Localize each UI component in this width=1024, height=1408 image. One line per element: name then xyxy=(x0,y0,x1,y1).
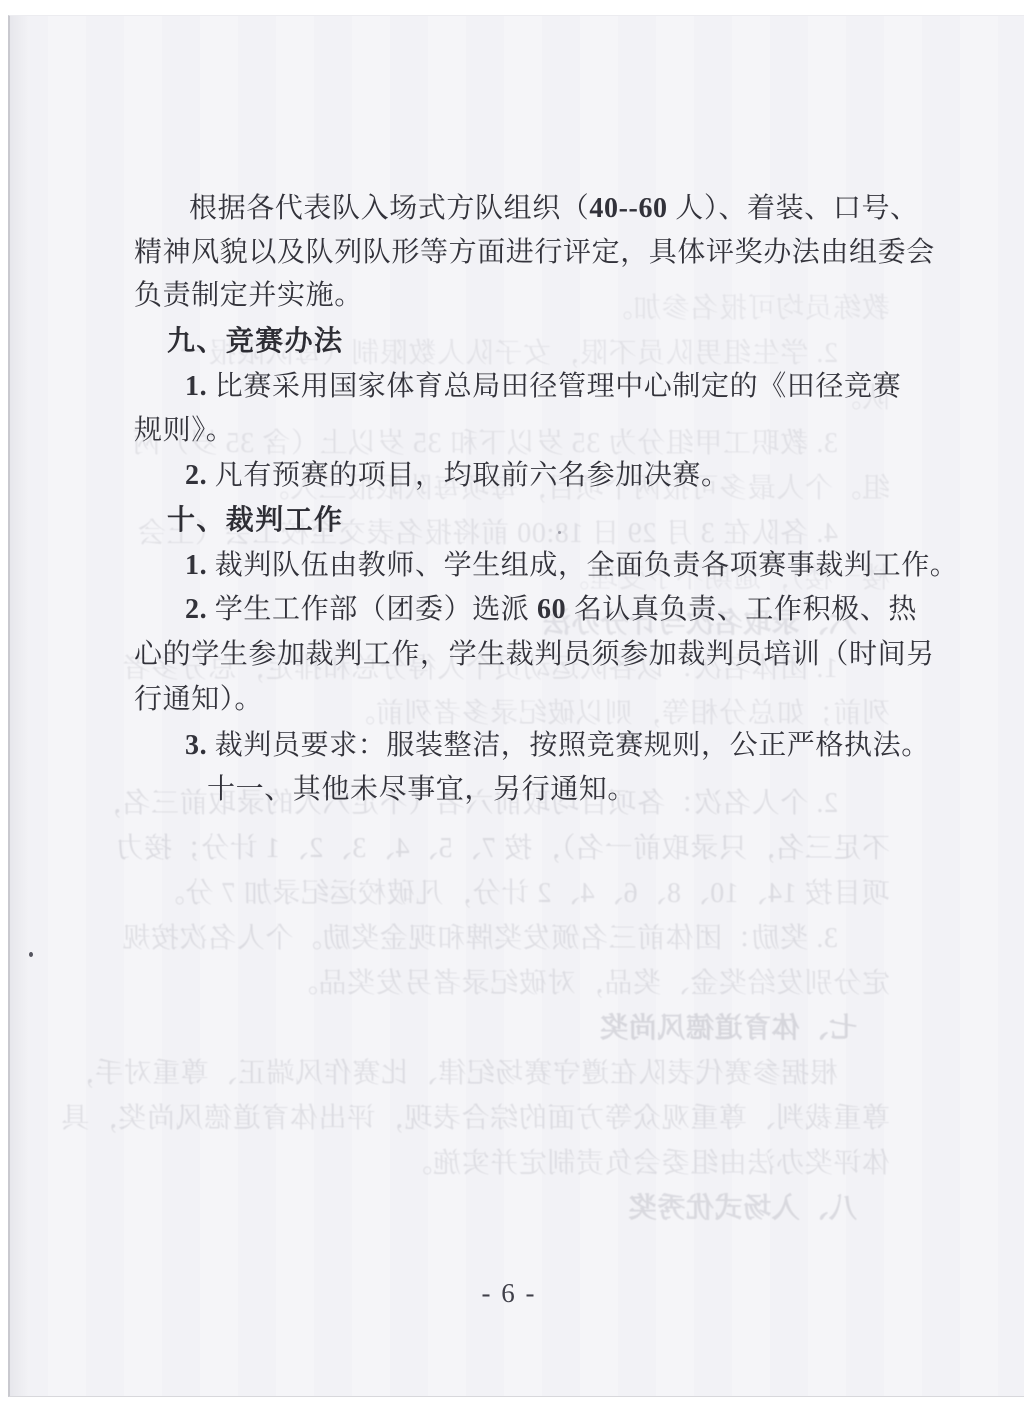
paper-sheet: 教练员均可报名参加。2. 学生组男队员不限，女子队人数限制（每队限报一队。3. … xyxy=(8,15,1024,1397)
text-segment: 精神风貌以及队列队形等方面进行评定，具体评奖办法由组委会 xyxy=(134,237,935,268)
text-line: 2. 凡有预赛的项目，均取前六名参加决赛。 xyxy=(185,453,730,493)
text-segment: 凡有预赛的项目，均取前六名参加决赛。 xyxy=(207,460,729,491)
bold-number-text: 十、裁判工作 xyxy=(167,504,343,535)
bold-number-text: 60 xyxy=(537,594,566,625)
text-line: 精神风貌以及队列队形等方面进行评定，具体评奖办法由组委会 xyxy=(134,230,935,270)
bold-number-text: 九、竞赛办法 xyxy=(167,325,343,356)
text-line: 根据各代表队入场式方队组织（40--60 人）、着装、口号、 xyxy=(189,186,919,226)
text-segment: 比赛采用国家体育总局田径管理中心制定的《田径竞赛 xyxy=(207,371,901,402)
text-segment: 名认真负责、工作积极、热 xyxy=(566,594,917,625)
page-number: - 6 - xyxy=(381,1278,637,1309)
text-line: 3. 裁判员要求：服装整洁，按照竞赛规则，公正严格执法。 xyxy=(185,723,930,763)
text-segment: 根据各代表队入场式方队组织（ xyxy=(189,193,589,224)
bold-number-text: 1. xyxy=(185,371,207,402)
text-line: 负责制定并实施。 xyxy=(134,273,363,313)
section-heading: 十、裁判工作 xyxy=(167,498,343,538)
section-heading: 九、竞赛办法 xyxy=(167,319,343,359)
scan-artifact xyxy=(29,952,33,957)
bold-number-text: 40--60 xyxy=(589,193,667,224)
text-line: 1. 裁判队伍由教师、学生组成，全面负责各项赛事裁判工作。 xyxy=(185,543,958,583)
text-segment: 行通知）。 xyxy=(134,684,263,715)
bold-number-text: 2. xyxy=(185,460,207,491)
text-line: 心的学生参加裁判工作，学生裁判员须参加裁判员培训（时间另 xyxy=(134,632,935,672)
text-segment: 人）、着装、口号、 xyxy=(668,193,919,224)
text-segment: 裁判员要求：服装整洁，按照竞赛规则，公正严格执法。 xyxy=(207,730,930,761)
document-body-text: 根据各代表队入场式方队组织（40--60 人）、着装、口号、精神风貌以及队列队形… xyxy=(134,16,904,1396)
bold-number-text: 3. xyxy=(185,730,207,761)
text-segment: 学生工作部（团委）选派 xyxy=(207,594,537,625)
scan-artifact xyxy=(558,531,561,534)
text-segment: 十一、其他未尽事宜，另行通知。 xyxy=(207,774,636,805)
scanned-document-page: { "page": { "number_label": "- 6 -" }, "… xyxy=(0,0,1024,1408)
text-line: 规则》。 xyxy=(134,408,234,448)
text-line: 十一、其他未尽事宜，另行通知。 xyxy=(207,767,636,807)
text-segment: 裁判队伍由教师、学生组成，全面负责各项赛事裁判工作。 xyxy=(207,550,958,581)
text-segment: 心的学生参加裁判工作，学生裁判员须参加裁判员培训（时间另 xyxy=(134,639,935,670)
text-line: 行通知）。 xyxy=(134,677,263,717)
bold-number-text: 2. xyxy=(185,594,207,625)
scan-left-gutter-shadow xyxy=(10,16,29,1396)
text-line: 1. 比赛采用国家体育总局田径管理中心制定的《田径竞赛 xyxy=(185,364,901,404)
text-segment: 负责制定并实施。 xyxy=(134,280,363,311)
text-line: 2. 学生工作部（团委）选派 60 名认真负责、工作积极、热 xyxy=(185,587,917,627)
bold-number-text: 1. xyxy=(185,550,207,581)
text-segment: 规则》。 xyxy=(134,415,234,446)
